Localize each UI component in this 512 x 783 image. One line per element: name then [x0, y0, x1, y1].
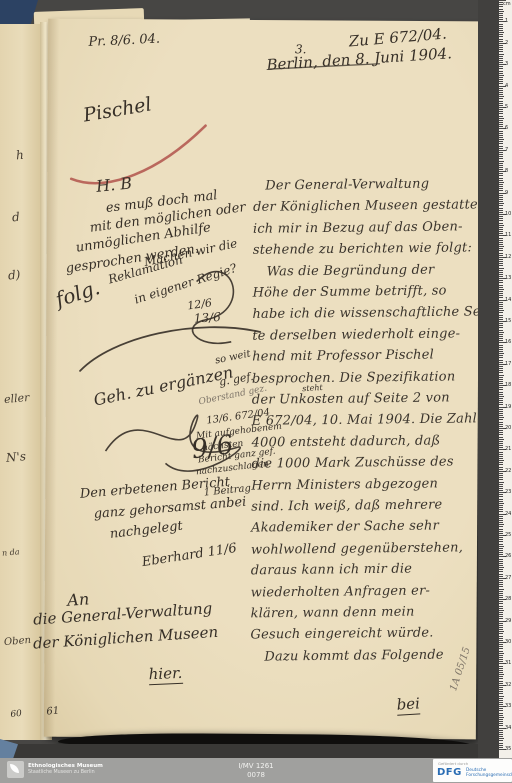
ruler-tick — [499, 218, 503, 219]
ruler-cm-label: 21 — [505, 446, 511, 452]
ruler-tick — [499, 315, 503, 316]
margin-annotation: Eberhard 11/6 — [141, 541, 238, 570]
ruler-cm-label: 12 — [505, 254, 511, 260]
ruler-tick — [499, 362, 503, 363]
ruler-tick — [499, 289, 504, 290]
ruler-tick — [499, 482, 504, 483]
ruler-tick — [499, 580, 503, 581]
ruler-cm-label: 6 — [505, 125, 508, 131]
ruler-tick — [499, 148, 503, 149]
ruler-cm-label: 26 — [505, 553, 511, 559]
ruler-tick — [499, 488, 503, 489]
ruler-tick — [499, 231, 503, 232]
address-block: Andie General-Verwaltungder Königlichen … — [48, 19, 480, 22]
ruler-tick — [499, 484, 503, 485]
ruler-tick — [499, 561, 503, 562]
catchword: bei — [396, 694, 421, 715]
main-text-line: wohlwollend gegenüberstehen, — [251, 540, 463, 557]
ruler-tick — [499, 653, 504, 654]
ruler-tick — [499, 372, 503, 373]
ruler-cm-label: 15 — [505, 318, 511, 324]
ruler-tick — [499, 490, 503, 491]
ruler-tick — [499, 533, 503, 534]
ruler-tick — [499, 439, 504, 440]
ruler-tick — [499, 54, 504, 55]
ruler-tick — [499, 631, 504, 632]
ruler-cm-label: 22 — [505, 468, 511, 474]
ruler-tick — [499, 242, 503, 243]
ruler-tick — [499, 563, 503, 564]
ruler-tick — [499, 475, 503, 476]
ruler-tick — [499, 79, 503, 80]
ruler-tick — [499, 133, 503, 134]
ruler-tick — [499, 223, 503, 224]
ruler-tick — [499, 434, 503, 435]
ruler-tick — [499, 4, 503, 5]
ruler-tick — [499, 584, 503, 585]
ruler-tick — [499, 90, 503, 91]
ruler-tick — [499, 612, 503, 613]
ruler-tick — [499, 511, 503, 512]
ruler-tick — [499, 574, 503, 575]
main-text-line: ich mir in Bezug auf das Oben- — [253, 219, 463, 236]
ruler-tick — [499, 250, 503, 251]
ruler-tick — [499, 413, 503, 414]
ruler-tick — [499, 195, 503, 196]
ruler-tick — [499, 569, 503, 570]
ruler-tick — [499, 77, 503, 78]
ruler-tick — [499, 576, 503, 577]
ruler-tick — [499, 610, 504, 611]
previous-page-text-fragment: d) — [7, 267, 21, 282]
dfg-full-name: Deutsche Forschungsgemeinschaft — [466, 768, 510, 778]
ruler-tick — [499, 184, 503, 185]
ruler-tick — [499, 0, 506, 1]
ruler-tick — [499, 415, 503, 416]
ruler-tick — [499, 445, 503, 446]
ruler-tick — [499, 721, 503, 722]
ruler-tick — [499, 668, 503, 669]
ruler-cm-label: 23 — [505, 489, 511, 495]
ruler-tick — [499, 152, 503, 153]
ruler-tick — [499, 68, 503, 69]
ruler-tick — [499, 135, 503, 136]
ruler-tick — [499, 227, 503, 228]
ruler-tick — [499, 345, 503, 346]
margin-annotation: Pischel — [82, 93, 154, 126]
ruler-tick — [499, 473, 503, 474]
ruler-tick — [499, 156, 503, 157]
ruler-tick — [499, 509, 503, 510]
previous-page-text-fragment: n da — [2, 547, 20, 557]
ruler-tick — [499, 672, 503, 673]
ruler-tick — [499, 143, 503, 144]
ruler-tick — [499, 541, 503, 542]
ruler-tick — [499, 141, 503, 142]
ruler-tick — [499, 154, 503, 155]
ruler-tick — [499, 565, 503, 566]
ruler-tick — [499, 203, 504, 204]
main-text-line: Der General-Verwaltung — [265, 177, 429, 194]
ruler-tick — [499, 36, 503, 37]
ruler-tick — [499, 629, 503, 630]
ruler-tick — [499, 81, 503, 82]
ruler-tick — [499, 381, 503, 382]
ruler-tick — [499, 220, 503, 221]
ruler-tick — [499, 456, 503, 457]
ruler-tick — [499, 293, 503, 294]
ruler-tick — [499, 554, 503, 555]
ruler-tick — [499, 400, 503, 401]
margin-annotation: 9/6 — [190, 430, 235, 465]
ruler-tick — [499, 591, 503, 592]
previous-page-text-fragment: d — [11, 210, 20, 225]
ruler-tick — [499, 426, 503, 427]
ruler-tick — [499, 92, 503, 93]
ruler-tick — [499, 45, 503, 46]
ruler-tick — [499, 58, 503, 59]
ruler-tick — [499, 88, 503, 89]
ruler-tick — [499, 464, 503, 465]
ruler-tick — [499, 674, 504, 675]
ruler-tick — [499, 180, 503, 181]
ruler-tick — [499, 424, 503, 425]
ruler-tick — [499, 422, 503, 423]
ruler-tick — [499, 238, 503, 239]
main-text-line: te derselben wiederholt einge- — [252, 326, 460, 343]
ruler-cm-label: 16 — [505, 339, 511, 345]
ruler-tick — [499, 623, 503, 624]
ruler-tick — [499, 158, 503, 159]
ruler-tick — [499, 280, 503, 281]
ruler-tick — [499, 182, 504, 183]
ruler-tick — [499, 437, 503, 438]
ruler-tick — [499, 137, 503, 138]
ruler-tick — [499, 559, 503, 560]
ruler-tick — [499, 173, 503, 174]
ruler-tick — [499, 687, 503, 688]
ruler-unit-label: cm — [503, 1, 511, 7]
previous-page-text-fragment: Oben — [4, 635, 32, 648]
ruler-tick — [499, 586, 503, 587]
ruler-tick — [499, 139, 504, 140]
ruler-tick — [499, 411, 503, 412]
ruler-tick — [499, 131, 503, 132]
ruler-tick — [499, 355, 503, 356]
ruler-tick — [499, 460, 504, 461]
main-text-column: Der General-Verwaltungder Königlichen Mu… — [48, 19, 480, 22]
ruler-tick — [499, 571, 503, 572]
margin-annotation: so weit — [214, 348, 252, 366]
ruler-tick — [499, 24, 503, 25]
ruler-tick — [499, 614, 503, 615]
main-text-line: Was die Begründung der — [267, 262, 435, 279]
main-text-line: stehende zu berichten wie folgt: — [253, 241, 472, 258]
ruler-tick — [499, 524, 504, 525]
ruler-cm-label: 30 — [505, 639, 511, 645]
ruler-tick — [499, 351, 503, 352]
ruler-tick — [499, 689, 503, 690]
ruler-tick — [499, 715, 503, 716]
ruler-cm-label: 17 — [505, 361, 511, 367]
ruler-tick — [499, 666, 503, 667]
ruler-tick — [499, 387, 503, 388]
ruler-tick — [499, 75, 504, 76]
ruler-tick — [499, 338, 503, 339]
ruler-tick — [499, 734, 503, 735]
ruler-tick — [499, 648, 503, 649]
ruler-tick — [499, 743, 503, 744]
ruler-tick — [499, 708, 503, 709]
margin-annotation: nachgelegt — [109, 519, 183, 542]
ruler-tick — [499, 353, 504, 354]
ruler-tick — [499, 633, 503, 634]
ruler-tick — [499, 700, 503, 701]
ruler-tick — [499, 593, 503, 594]
ruler-tick — [499, 39, 503, 40]
ruler-tick — [499, 499, 503, 500]
ruler-tick — [499, 165, 503, 166]
ruler-tick — [499, 548, 503, 549]
ruler-tick — [499, 96, 504, 97]
ruler-tick — [499, 646, 503, 647]
ruler-tick — [499, 638, 503, 639]
ruler-tick — [499, 287, 503, 288]
ruler-tick — [499, 30, 503, 31]
ruler-tick — [499, 32, 504, 33]
ruler-tick — [499, 302, 503, 303]
ruler-tick — [499, 244, 503, 245]
ruler-tick — [499, 330, 503, 331]
ruler-tick — [499, 295, 503, 296]
ruler-cm-label: 1 — [505, 18, 508, 24]
ruler-tick — [499, 201, 503, 202]
ruler-cm-label: 14 — [505, 297, 511, 303]
ruler-tick — [499, 394, 503, 395]
ruler-tick — [499, 197, 503, 198]
ruler-tick — [499, 603, 503, 604]
ruler-tick — [499, 670, 503, 671]
ruler-tick — [499, 526, 503, 527]
ruler-tick — [499, 477, 503, 478]
ruler-tick — [499, 377, 503, 378]
ruler-tick — [499, 618, 503, 619]
ruler-tick — [499, 255, 503, 256]
ruler-cm-label: 9 — [505, 190, 508, 196]
ruler-tick — [499, 17, 503, 18]
ruler-tick — [499, 636, 503, 637]
ruler-tick — [499, 312, 503, 313]
ruler-tick — [499, 723, 503, 724]
margin-annotation: 13/6 — [193, 310, 221, 326]
ruler-tick — [499, 404, 503, 405]
page-number-previous: 60 — [10, 709, 22, 720]
ruler-tick — [499, 370, 503, 371]
ruler-tick — [499, 94, 503, 95]
ruler-cm-label: 34 — [505, 725, 511, 731]
ruler-cm-label: 10 — [505, 211, 511, 217]
ruler-tick — [499, 432, 503, 433]
ruler-tick — [499, 216, 503, 217]
ruler-tick — [499, 736, 503, 737]
ruler-tick — [499, 608, 503, 609]
funder-prefix: Gefördert durch — [438, 761, 468, 766]
ruler-tick — [499, 494, 503, 495]
ruler-tick — [499, 601, 503, 602]
ruler-tick — [499, 169, 503, 170]
ruler-tick — [499, 113, 503, 114]
previous-page-text-fragment: N's — [5, 449, 26, 465]
ruler-tick — [499, 13, 503, 14]
main-text-line: wiederholten Anfragen er- — [251, 583, 431, 600]
ruler-tick — [499, 19, 503, 20]
ruler-tick — [499, 693, 503, 694]
ruler-tick — [499, 740, 503, 741]
ruler-tick — [499, 730, 503, 731]
ruler-tick — [499, 479, 503, 480]
ruler-tick — [499, 261, 503, 262]
ruler-cm-label: 7 — [505, 147, 508, 153]
ruler-cm-label: 8 — [505, 168, 508, 174]
main-text-line: der Unkosten auf Seite 2 von — [252, 390, 450, 407]
ruler-tick — [499, 398, 503, 399]
swoosh-flourish — [80, 326, 260, 372]
ruler-tick — [499, 26, 503, 27]
ruler-tick — [499, 443, 503, 444]
ruler-tick — [499, 606, 503, 607]
ruler-tick — [499, 454, 503, 455]
ruler-tick — [499, 340, 503, 341]
ruler-tick — [499, 704, 503, 705]
ruler-tick — [499, 582, 503, 583]
ruler-cm-label: 20 — [505, 425, 511, 431]
ruler-tick — [499, 325, 503, 326]
ruler-tick — [499, 240, 503, 241]
page-number-current: 61 — [46, 705, 60, 717]
ruler-tick — [499, 651, 503, 652]
ruler-tick — [499, 467, 503, 468]
red-pencil-stroke — [71, 125, 205, 184]
ruler-tick — [499, 122, 503, 123]
ruler-cm-label: 13 — [505, 275, 511, 281]
ruler-tick — [499, 208, 503, 209]
ruler-tick — [499, 567, 504, 568]
ruler-tick — [499, 66, 503, 67]
ruler-tick — [499, 383, 503, 384]
ruler-tick — [499, 282, 503, 283]
ruler-tick — [499, 597, 503, 598]
ruler-tick — [499, 323, 503, 324]
main-text-line: habe ich die wissenschaftliche Sei- — [252, 305, 489, 323]
ruler-tick — [499, 379, 503, 380]
ruler-tick — [499, 62, 503, 63]
ruler-cm-label: 35 — [505, 746, 511, 752]
ruler-cm-label: 4 — [505, 83, 508, 89]
ruler-tick — [499, 430, 503, 431]
ruler-tick — [499, 458, 503, 459]
ruler-tick — [499, 550, 503, 551]
ruler-tick — [499, 116, 503, 117]
ruler-tick — [499, 118, 504, 119]
ruler-tick — [499, 210, 503, 211]
ruler-tick — [499, 15, 503, 16]
ruler-tick — [499, 392, 503, 393]
ruler-tick — [499, 539, 503, 540]
ruler-tick — [499, 49, 503, 50]
ruler-tick — [499, 447, 503, 448]
ruler-tick — [499, 83, 503, 84]
address-line: der Königlichen Museen — [32, 623, 218, 653]
ruler-tick — [499, 732, 503, 733]
ruler-tick — [499, 274, 503, 275]
ruler-tick — [499, 417, 504, 418]
ruler-tick — [499, 297, 503, 298]
ruler-tick — [499, 308, 503, 309]
ruler-tick — [499, 529, 503, 530]
ruler-cm-label: 32 — [505, 682, 511, 688]
main-text-line: Herrn Ministers abgezogen — [251, 476, 438, 493]
ruler-tick — [499, 332, 504, 333]
ruler-tick — [499, 546, 504, 547]
ruler-tick — [499, 375, 504, 376]
page-fold-shading — [44, 19, 62, 737]
ruler-tick — [499, 725, 503, 726]
ruler-tick — [499, 188, 503, 189]
ruler-tick — [499, 199, 503, 200]
ruler-tick — [499, 190, 503, 191]
scan-edge-shadow — [478, 0, 499, 758]
main-text-line: die 1000 Mark Zuschüsse des — [251, 455, 453, 472]
ruler-tick — [499, 109, 503, 110]
ruler-tick — [499, 103, 503, 104]
ruler-cm-label: 29 — [505, 618, 511, 624]
ruler-tick — [499, 522, 503, 523]
ruler-tick — [499, 389, 503, 390]
ruler-tick — [499, 462, 503, 463]
ruler-tick — [499, 124, 503, 125]
ruler-tick — [499, 627, 503, 628]
ruler-tick — [499, 291, 503, 292]
ruler-tick — [499, 552, 503, 553]
ruler-tick — [499, 268, 504, 269]
ruler-tick — [499, 745, 503, 746]
ruler-tick — [499, 544, 503, 545]
ruler-tick — [499, 713, 503, 714]
ruler-tick — [499, 272, 503, 273]
main-text-line: hend mit Professor Pischel — [252, 348, 434, 365]
address-line: hier. — [148, 664, 183, 686]
ruler-tick — [499, 336, 503, 337]
ruler-cm-label: 28 — [505, 596, 511, 602]
ruler-tick — [499, 419, 503, 420]
ruler-tick — [499, 516, 503, 517]
ruler-tick — [499, 657, 503, 658]
ruler-tick — [499, 659, 503, 660]
ruler-tick — [499, 98, 503, 99]
ruler-tick — [499, 616, 503, 617]
ruler-tick — [499, 175, 503, 176]
ruler-tick — [499, 248, 503, 249]
ruler-tick — [499, 178, 503, 179]
ruler-tick — [499, 537, 503, 538]
ruler-tick — [499, 285, 503, 286]
ruler-tick — [499, 259, 503, 260]
ruler-tick — [499, 167, 503, 168]
archive-shelfmark: 1A 05/15 — [448, 646, 473, 693]
ruler-tick — [499, 276, 503, 277]
ruler-tick — [499, 60, 503, 61]
main-text-line: E 672/04, 10. Mai 1904. Die Zahl — [252, 412, 477, 430]
